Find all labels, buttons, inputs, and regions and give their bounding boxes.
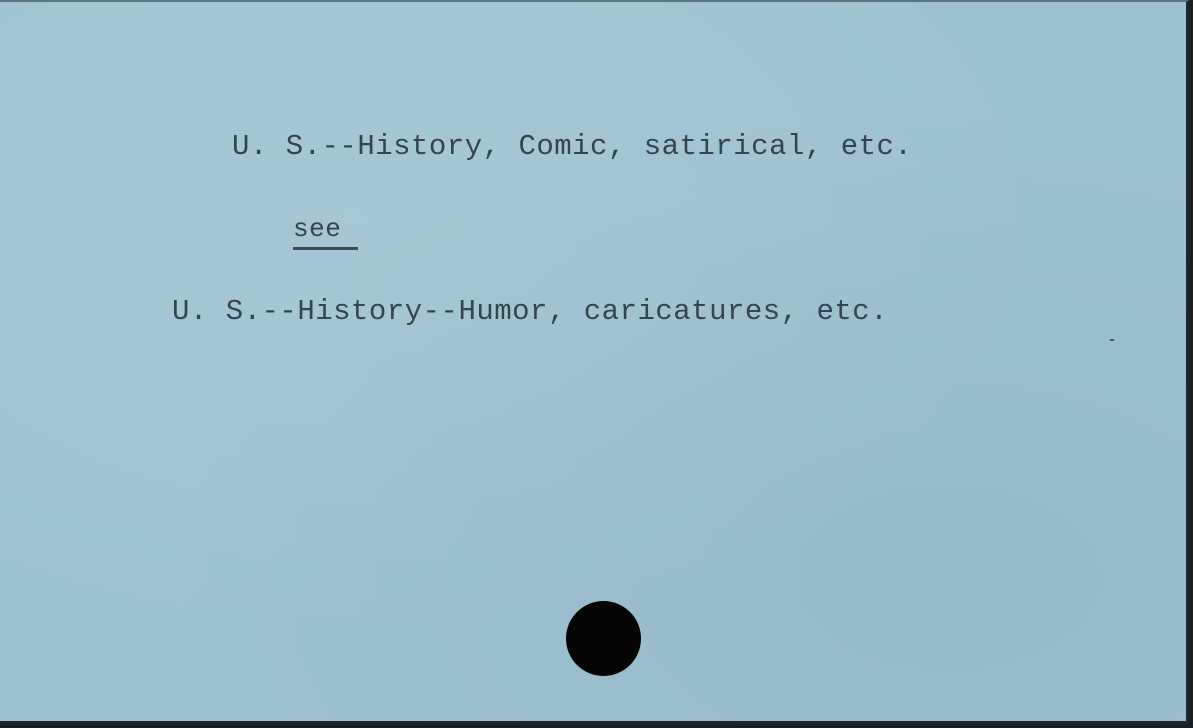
subject-heading: U. S.--History, Comic, satirical, etc. <box>232 130 912 163</box>
see-reference-label: see <box>293 214 341 244</box>
see-underline <box>293 247 358 250</box>
punch-hole <box>566 601 641 676</box>
cross-reference-heading: U. S.--History--Humor, caricatures, etc. <box>172 295 888 328</box>
paper-speck <box>1110 339 1114 341</box>
catalog-card: U. S.--History, Comic, satirical, etc. s… <box>0 0 1189 724</box>
